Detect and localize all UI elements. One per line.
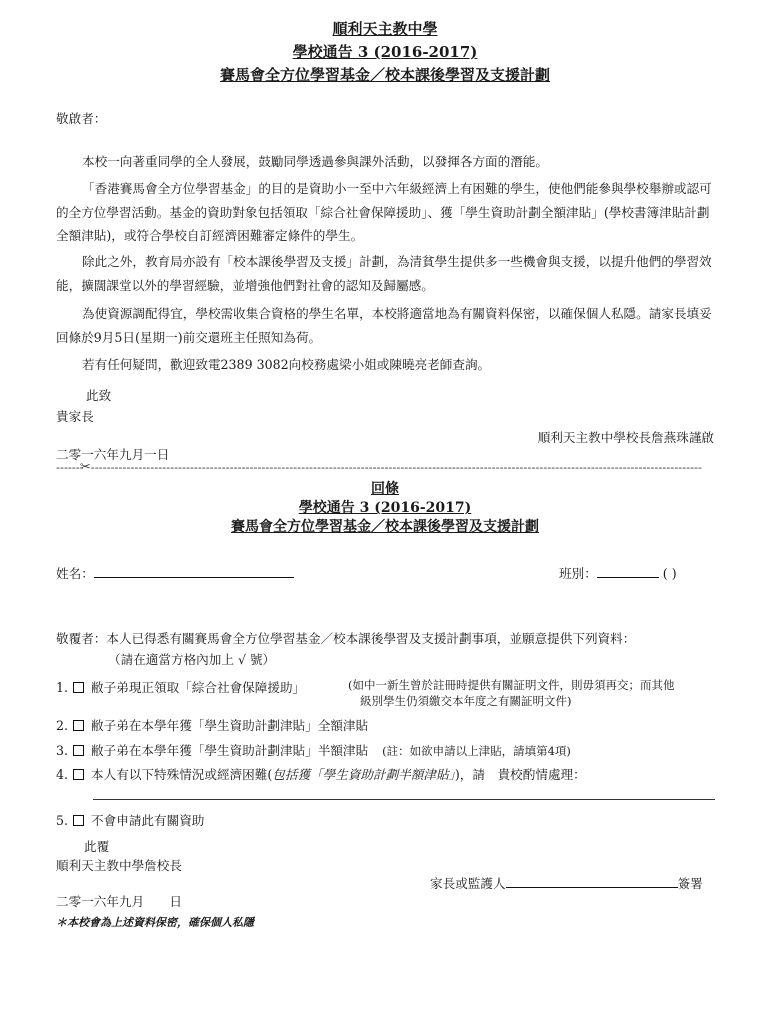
option-text: 敝子弟在本學年獲「學生資助計劃津貼」全額津貼: [91, 718, 368, 733]
class-label: 班別：: [559, 566, 597, 581]
guardian-signature-field[interactable]: 家長或監護人簽署: [430, 873, 703, 892]
reply-addressee: 順利天主教中學詹校長: [56, 855, 182, 874]
addressee: 貴家長: [56, 406, 94, 425]
checkbox[interactable]: [73, 720, 84, 731]
reply-date: 二零一六年九月 日: [56, 891, 182, 910]
option-number: 1.: [56, 680, 68, 695]
letter-date: 二零一六年九月一日: [56, 444, 169, 463]
notice-title: 學校通告 3 (2016-2017): [0, 41, 770, 62]
declaration: 敬覆者：本人已得悉有關賽馬會全方位學習基金／校本課後學習及支援計劃事項，並願意提…: [56, 628, 635, 647]
dashes: ----------------------------------------…: [91, 462, 702, 474]
checkbox[interactable]: [73, 682, 84, 693]
option-text-before: 本人有以下特殊情況或經濟困難(: [91, 767, 272, 782]
option-number: 5.: [56, 813, 68, 828]
cut-line: ------✂---------------------------------…: [56, 462, 716, 474]
option-3[interactable]: 3.敝子弟在本學年獲「學生資助計劃津貼」半額津貼(註：如欲申請以上津貼，請填第4…: [56, 740, 571, 759]
option-text: 敝子弟現正領取「綜合社會保障援助」: [91, 680, 305, 695]
sign-label: 簽署: [678, 876, 703, 891]
option-2[interactable]: 2.敝子弟在本學年獲「學生資助計劃津貼」全額津貼: [56, 715, 368, 734]
paragraph-4: 為使資源調配得宜，學校需收集合資格的學生名單，本校將適當地為有關資料保密，以確保…: [56, 302, 716, 349]
option-number: 2.: [56, 718, 68, 733]
option-number: 4.: [56, 767, 68, 782]
checkbox[interactable]: [73, 815, 84, 826]
program-title: 賽馬會全方位學習基金／校本課後學習及支援計劃: [0, 64, 770, 85]
name-label: 姓名：: [56, 566, 94, 581]
salutation: 敬啟者：: [56, 108, 106, 127]
class-number-bracket[interactable]: ( ): [663, 566, 677, 581]
option-1-note-line2: 級別學生仍須繳交本年度之有關証明文件): [360, 693, 571, 709]
option-1[interactable]: 1.敝子弟現正領取「綜合社會保障援助」: [56, 677, 305, 696]
paragraph-2: 「香港賽馬會全方位學習基金」的目的是資助小一至中六年級經濟上有困難的學生，使他們…: [56, 177, 716, 248]
name-blank[interactable]: [94, 565, 294, 578]
checkbox[interactable]: [73, 745, 84, 756]
paragraph-1: 本校一向著重同學的全人發展，鼓勵同學透過參與課外活動，以發揮各方面的潛能。: [56, 150, 716, 174]
principal-signature: 順利天主教中學校長詹燕珠謹啟: [538, 427, 714, 446]
reply-notice-title: 學校通告 3 (2016-2017): [0, 497, 770, 517]
reply-program-title: 賽馬會全方位學習基金／校本課後學習及支援計劃: [0, 516, 770, 536]
signature-blank[interactable]: [506, 875, 678, 888]
paragraph-3: 除此之外，教育局亦設有「校本課後學習及支援」計劃，為清貧學生提供多一些機會與支援…: [56, 250, 716, 297]
option-number: 3.: [56, 743, 68, 758]
name-field[interactable]: 姓名：: [56, 563, 294, 582]
special-circumstances-line[interactable]: [93, 799, 715, 800]
checkbox[interactable]: [73, 769, 84, 780]
option-text-italic: 包括獲「學生資助計劃半額津貼」: [272, 767, 455, 782]
school-name: 順利天主教中學: [0, 18, 770, 39]
option-text: 敝子弟在本學年獲「學生資助計劃津貼」半額津貼: [91, 743, 368, 758]
class-field[interactable]: 班別：( ): [559, 563, 677, 582]
privacy-footnote: ＊本校會為上述資料保密，確保個人私隱: [56, 914, 254, 930]
class-blank[interactable]: [597, 565, 659, 578]
option-text: 不會申請此有關資助: [91, 813, 204, 828]
option-1-note-line1: (如中一新生曾於註冊時提供有關証明文件，則毋須再交；而其他: [348, 677, 674, 693]
reply-closing: 此覆: [84, 836, 109, 855]
option-4[interactable]: 4.本人有以下特殊情況或經濟困難(包括獲「學生資助計劃半額津貼」)，請 貴校酌情…: [56, 764, 586, 783]
instruction: （請在適當方格內加上 √ 號）: [108, 649, 275, 668]
option-5[interactable]: 5.不會申請此有關資助: [56, 810, 204, 829]
guardian-label: 家長或監護人: [430, 876, 506, 891]
scissors-icon: ✂: [80, 462, 91, 474]
paragraph-5: 若有任何疑問，歡迎致電2389 3082向校務處梁小姐或陳曉亮老師查詢。: [56, 353, 716, 377]
cut-line-prefix: ------: [56, 462, 80, 474]
option-text-after: )，請 貴校酌情處理：: [455, 767, 586, 782]
closing: 此致: [86, 385, 111, 404]
option-3-note: (註：如欲申請以上津貼，請填第4項): [382, 744, 571, 758]
reply-title: 回條: [0, 478, 770, 498]
